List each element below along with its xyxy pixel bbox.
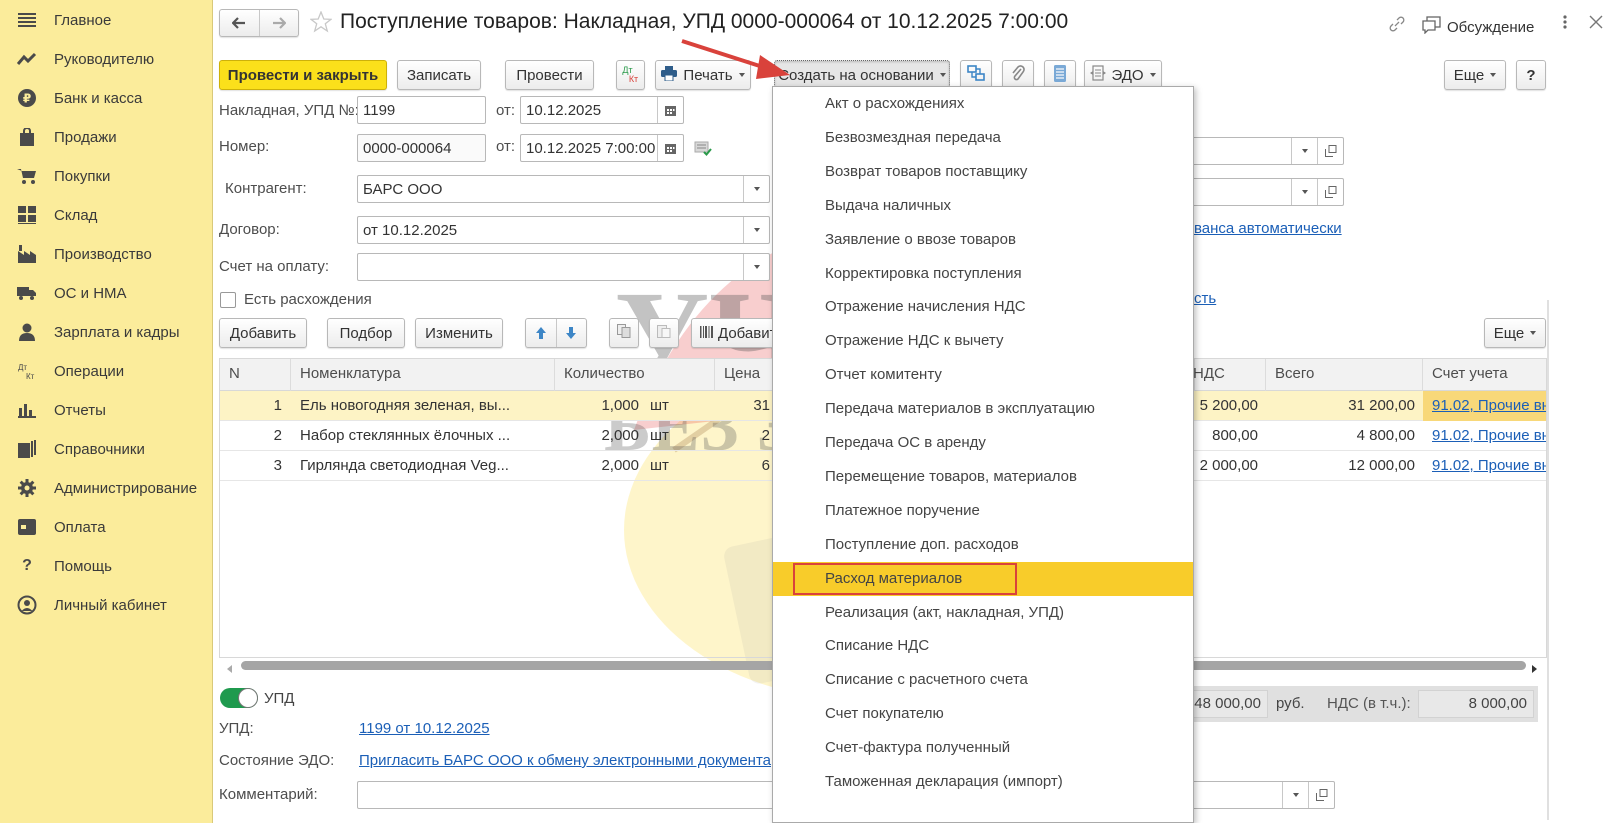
chevron-down-icon xyxy=(1150,73,1156,77)
gear-icon xyxy=(17,478,37,498)
cell-price: 6 xyxy=(715,451,770,481)
user-circle-icon xyxy=(17,595,37,615)
column-n[interactable]: N xyxy=(220,359,291,391)
cell-qty: 1,000 xyxy=(555,391,639,421)
vat-amount: 8 000,00 xyxy=(1418,690,1534,718)
sidebar-item-operations[interactable]: ДтКт Операции xyxy=(0,352,212,390)
paperclip-icon xyxy=(1011,65,1025,85)
sidebar-item-help[interactable]: ? Помощь xyxy=(0,547,212,585)
partial-link[interactable]: сть xyxy=(1194,290,1216,307)
upd-toggle[interactable]: УПД xyxy=(220,688,294,708)
menu-item[interactable]: Передача ОС в аренду xyxy=(773,426,1193,460)
barcode-icon xyxy=(700,325,714,342)
sidebar-item-manager[interactable]: Руководителю xyxy=(0,40,212,78)
truck-icon xyxy=(17,283,37,303)
edit-button[interactable]: Изменить xyxy=(415,318,503,348)
total-amount: 48 000,00 xyxy=(1188,690,1268,718)
menu-item[interactable]: Заявление о ввозе товаров xyxy=(773,223,1193,257)
discussion-icon xyxy=(1422,16,1442,38)
sidebar-item-main[interactable]: Главное xyxy=(0,1,212,39)
close-icon[interactable] xyxy=(1589,15,1603,33)
menu-item[interactable]: Расход материалов xyxy=(773,562,1193,596)
sidebar-item-purchases[interactable]: Покупки xyxy=(0,157,212,195)
menu-item[interactable]: Реализация (акт, накладная, УПД) xyxy=(773,596,1193,630)
move-buttons xyxy=(525,318,587,348)
more-vertical-icon[interactable] xyxy=(1562,14,1568,34)
discussion-button[interactable]: Обсуждение xyxy=(1422,16,1534,38)
move-up-icon[interactable] xyxy=(526,319,557,347)
sidebar-item-bank[interactable]: ₽ Банк и касса xyxy=(0,79,212,117)
dt-kt-postings-button[interactable]: Дт Кт xyxy=(616,60,645,90)
open-icon[interactable] xyxy=(1317,138,1343,164)
cell-name: Набор стеклянных ёлочных ... xyxy=(300,421,550,451)
nav-buttons xyxy=(219,9,299,37)
cell-name: Гирлянда светодиодная Veg... xyxy=(300,451,550,481)
paste-icon xyxy=(657,324,671,342)
scroll-left-icon[interactable] xyxy=(227,660,235,668)
sidebar-item-warehouse[interactable]: Склад xyxy=(0,196,212,234)
edo-invite-link[interactable]: Пригласить БАРС ООО к обмену электронным… xyxy=(359,752,771,769)
sidebar-item-sales[interactable]: Продажи xyxy=(0,118,212,156)
cell-unit: шт xyxy=(650,391,690,421)
cell-n: 3 xyxy=(220,451,282,481)
structure-icon xyxy=(967,65,985,85)
books-icon xyxy=(17,439,37,459)
svg-text:₽: ₽ xyxy=(23,92,31,106)
paste-row-button[interactable] xyxy=(649,318,679,348)
scroll-right-icon[interactable] xyxy=(1531,660,1539,668)
dropdown-arrow-icon[interactable] xyxy=(1291,179,1317,205)
menu-item[interactable]: Акт о расхождениях xyxy=(773,87,1193,121)
menu-item[interactable]: Корректировка поступления xyxy=(773,257,1193,291)
cell-account[interactable]: 91.02, Прочие вне xyxy=(1423,451,1547,481)
menu-item[interactable]: Возврат товаров поставщику xyxy=(773,155,1193,189)
table-more-button[interactable]: Еще xyxy=(1484,318,1546,348)
invoice-date-field[interactable]: 10.12.2025 xyxy=(520,96,684,124)
cart-icon xyxy=(17,166,37,186)
open-icon[interactable] xyxy=(1308,782,1334,808)
calendar-icon[interactable] xyxy=(657,97,683,123)
sidebar: Главное Руководителю ₽ Банк и касса Прод… xyxy=(0,0,213,823)
bag-icon xyxy=(17,127,37,147)
annotation-arrow-icon xyxy=(674,35,804,85)
upd-link[interactable]: 1199 от 10.12.2025 xyxy=(359,720,490,737)
payment-bill-field[interactable] xyxy=(357,253,770,281)
dropdown-arrow-icon[interactable] xyxy=(743,254,769,280)
counterparty-field[interactable]: БАРС ООО xyxy=(357,175,770,203)
menu-item[interactable]: Передача материалов в эксплуатацию xyxy=(773,392,1193,426)
cell-vat: 5 200,00 xyxy=(1184,391,1258,421)
menu-item[interactable]: Платежное поручение xyxy=(773,494,1193,528)
cell-price: 2 xyxy=(715,421,770,451)
cell-price: 31 xyxy=(715,391,770,421)
help-button[interactable]: ? xyxy=(1516,60,1546,90)
menu-item[interactable]: Счет покупателю xyxy=(773,697,1193,731)
cell-n: 1 xyxy=(220,391,282,421)
dt-kt-icon: ДтКт xyxy=(17,361,37,381)
column-vat[interactable]: НДС xyxy=(1184,359,1266,391)
sidebar-item-salary[interactable]: Зарплата и кадры xyxy=(0,313,212,351)
sidebar-item-directories[interactable]: Справочники xyxy=(0,430,212,468)
bar-chart-icon xyxy=(17,400,37,420)
menu-item[interactable]: Отражение начисления НДС xyxy=(773,290,1193,324)
cell-unit: шт xyxy=(650,421,690,451)
contract-field[interactable]: от 10.12.2025 xyxy=(357,216,770,244)
chevron-down-icon xyxy=(1490,73,1496,77)
column-total[interactable]: Всего xyxy=(1266,359,1423,391)
svg-text:Кт: Кт xyxy=(26,372,35,380)
back-button[interactable] xyxy=(220,10,260,36)
checkbox-box[interactable] xyxy=(220,292,236,308)
calendar-icon[interactable] xyxy=(657,135,683,161)
cell-qty: 2,000 xyxy=(555,421,639,451)
chevron-down-icon xyxy=(940,73,946,77)
cell-vat: 800,00 xyxy=(1184,421,1258,451)
forward-button[interactable] xyxy=(260,10,299,36)
menu-item[interactable]: Поступление доп. расходов xyxy=(773,528,1193,562)
wallet-icon xyxy=(17,517,37,537)
dropdown-arrow-icon[interactable] xyxy=(743,176,769,202)
page-title: Поступление товаров: Накладная, УПД 0000… xyxy=(340,10,1068,34)
chevron-down-icon xyxy=(1530,331,1536,335)
sidebar-item-production[interactable]: Производство xyxy=(0,235,212,273)
favorite-star-icon[interactable] xyxy=(310,11,332,37)
copy-icon xyxy=(617,324,631,342)
totals-bar: 48 000,00 руб. НДС (в т.ч.): 8 000,00 xyxy=(1184,686,1538,722)
annotation-highlight-box xyxy=(793,563,1017,595)
column-item[interactable]: Номенклатура xyxy=(291,359,555,391)
column-quantity[interactable]: Количество xyxy=(555,359,715,391)
question-icon: ? xyxy=(17,556,37,576)
document-form: УЧЕТ БЕЗ ЗАБОТ Поступление товаров: Накл… xyxy=(214,0,1623,823)
sidebar-item-payment[interactable]: Оплата xyxy=(0,508,212,546)
cell-total: 12 000,00 xyxy=(1266,451,1415,481)
sidebar-item-account[interactable]: Личный кабинет xyxy=(0,586,212,624)
menu-item[interactable]: Списание с расчетного счета xyxy=(773,663,1193,697)
document-icon xyxy=(1054,65,1066,86)
sidebar-item-admin[interactable]: Администрирование xyxy=(0,469,212,507)
form-scrollbar[interactable] xyxy=(1547,300,1549,820)
advance-offset-link[interactable]: ванса автоматически xyxy=(1194,220,1342,237)
factory-icon xyxy=(17,244,37,264)
cell-name: Ель новогодняя зеленая, вы... xyxy=(300,391,550,421)
menu-item[interactable]: Отражение НДС к вычету xyxy=(773,324,1193,358)
cell-total: 31 200,00 xyxy=(1266,391,1415,421)
document-status-icon[interactable] xyxy=(694,140,712,160)
person-icon xyxy=(17,322,37,342)
column-account[interactable]: Счет учета xyxy=(1423,359,1547,391)
menu-item[interactable]: Выдача наличных xyxy=(773,189,1193,223)
sidebar-item-assets[interactable]: ОС и НМА xyxy=(0,274,212,312)
link-icon[interactable] xyxy=(1388,15,1406,37)
warehouse-icon xyxy=(17,205,37,225)
create-based-on-menu: Акт о расхожденияхБезвозмездная передача… xyxy=(772,86,1194,823)
pick-button[interactable]: Подбор xyxy=(327,318,405,348)
dropdown-arrow-icon[interactable] xyxy=(1291,138,1317,164)
toggle-switch[interactable] xyxy=(220,688,258,708)
menu-item[interactable]: Безвозмездная передача xyxy=(773,121,1193,155)
cell-account[interactable]: 91.02, Прочие вне xyxy=(1423,391,1547,421)
menu-item[interactable]: Отчет комитенту xyxy=(773,358,1193,392)
cell-n: 2 xyxy=(220,421,282,451)
discrepancy-checkbox[interactable]: Есть расхождения xyxy=(220,291,372,308)
add-row-button[interactable]: Добавить xyxy=(219,318,307,348)
dropdown-arrow-icon[interactable] xyxy=(1282,782,1308,808)
menu-item[interactable]: Списание НДС xyxy=(773,629,1193,663)
copy-row-button[interactable] xyxy=(609,318,639,348)
post-button[interactable]: Провести xyxy=(505,60,594,90)
cell-unit: шт xyxy=(650,451,690,481)
open-icon[interactable] xyxy=(1317,179,1343,205)
document-number-field[interactable]: 0000-000064 xyxy=(357,134,486,162)
menu-icon xyxy=(17,10,37,30)
add-by-barcode-button[interactable]: Добавить xyxy=(691,318,781,348)
edo-exchange-icon xyxy=(1090,65,1106,85)
save-button[interactable]: Записать xyxy=(397,60,481,90)
menu-item[interactable]: Таможенная декларация (импорт) xyxy=(773,765,1193,799)
cell-vat: 2 000,00 xyxy=(1184,451,1258,481)
post-and-close-button[interactable]: Провести и закрыть xyxy=(219,60,387,90)
trend-icon xyxy=(17,49,37,69)
invoice-number-field[interactable]: 1199 xyxy=(357,96,486,124)
cell-account[interactable]: 91.02, Прочие вне xyxy=(1423,421,1547,451)
document-date-field[interactable]: 10.12.2025 7:00:00 xyxy=(520,134,684,162)
more-button[interactable]: Еще xyxy=(1444,60,1506,90)
menu-item[interactable]: Перемещение товаров, материалов xyxy=(773,460,1193,494)
dropdown-arrow-icon[interactable] xyxy=(743,217,769,243)
sidebar-item-reports[interactable]: Отчеты xyxy=(0,391,212,429)
svg-text:Дт: Дт xyxy=(18,363,27,372)
cell-qty: 2,000 xyxy=(555,451,639,481)
menu-item[interactable]: Счет-фактура полученный xyxy=(773,731,1193,765)
move-down-icon[interactable] xyxy=(557,319,587,347)
cell-total: 4 800,00 xyxy=(1266,421,1415,451)
ruble-icon: ₽ xyxy=(17,88,37,108)
